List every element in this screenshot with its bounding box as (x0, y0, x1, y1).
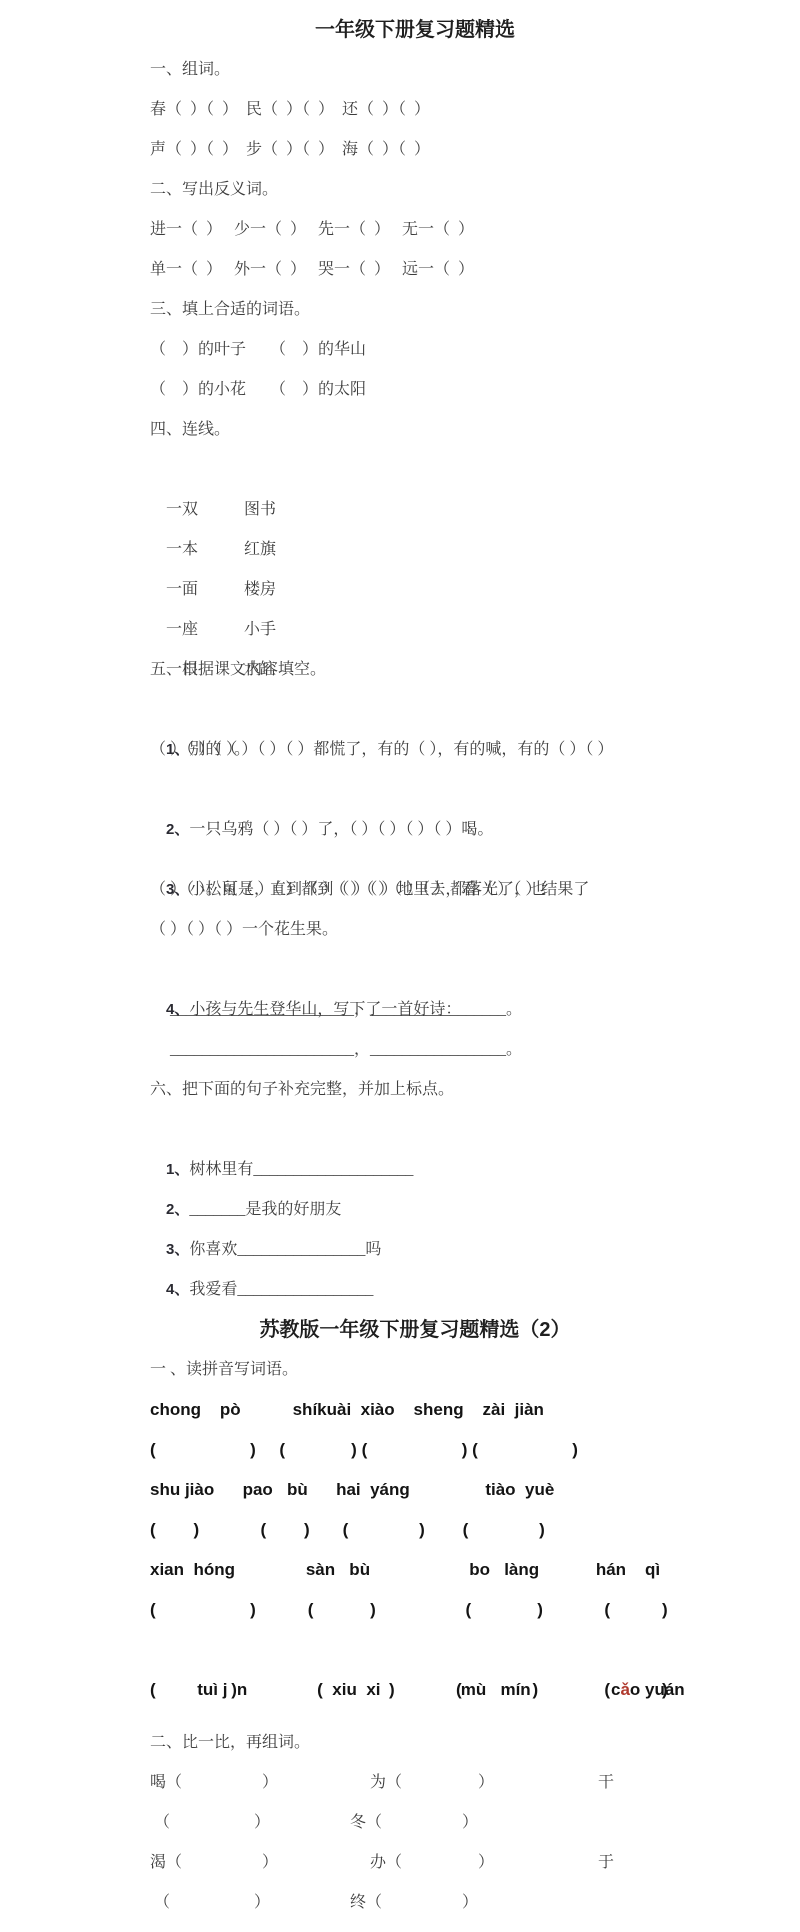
item-number: 2、 (166, 1201, 189, 1218)
section2-row2: 单一（ ） 外一（ ） 哭一（ ） 远一（ ） (150, 250, 800, 290)
pinyin-parens-row: ( ) ( ) ( ) ( ) (150, 1590, 800, 1630)
section1-heading: 一、组词。 (150, 50, 800, 90)
item-number: 2、 (166, 821, 189, 838)
compare-row: （ ） 冬（ ） (150, 1803, 800, 1843)
section2-row1: 进一（ ） 少一（ ） 先一（ ） 无一（ ） (150, 210, 800, 250)
section3-heading: 三、填上合适的词语。 (150, 290, 800, 330)
item-text: 树林里有____________________ (189, 1161, 413, 1178)
matching-left: 一面 (166, 570, 244, 610)
matching-right: 红旗 (244, 541, 276, 558)
pinyin-row: tuì j n xiu xi mù mín cǎo yuán (150, 1630, 800, 1670)
compare-row: 喝（ ） 为（ ） 干 (150, 1763, 800, 1803)
item-text: 我爱看_________________ (189, 1281, 373, 1298)
pinyin-parens-row: ( ) ( ) ( ) ( ) (150, 1510, 800, 1550)
poem-blank-line: _______________________，________________… (150, 1030, 800, 1070)
section3-row1: （ ）的叶子 （ ）的华山 (150, 330, 800, 370)
pinyin-row: xian hóng sàn bù bo làng hán qì (150, 1550, 800, 1590)
item-text: 别的（ ）（ ）（ ）都慌了，有的（ ），有的喊，有的（ ）（ ） (189, 741, 613, 758)
spacer (0, 1270, 800, 1310)
worksheet-document: 一年级下册复习题精选 一、组词。 春（ ）（ ） 民（ ）（ ） 还（ ）（ ）… (0, 0, 800, 1923)
matching-right: 图书 (244, 501, 276, 518)
item-text: _______是我的好朋友 (189, 1201, 341, 1218)
section6-heading: 六、把下面的句子补充完整，并加上标点。 (150, 1070, 800, 1110)
matching-right: 楼房 (244, 581, 276, 598)
section4-heading: 四、连线。 (150, 410, 800, 450)
pinyin-row: shu jiào pao bù hai yáng tiào yuè (150, 1470, 800, 1510)
section1-row1: 春（ ）（ ） 民（ ）（ ） 还（ ）（ ） (150, 90, 800, 130)
worksheet1-title: 一年级下册复习题精选 (0, 10, 800, 50)
matching-pair-row: 一双图书 (150, 450, 800, 490)
section5-item3-continued: （ ）（ ）。可是，直到（ ）（ ）（ ）（ ）（ ）都落光了，也 (150, 870, 800, 910)
section5-item1: 1、别的（ ）（ ）（ ）都慌了，有的（ ），有的喊，有的（ ）（ ） (150, 690, 800, 730)
pinyin-parens-row: ( ) ( ) ( ) ( ) (150, 1430, 800, 1470)
compare-row: （ ） 终（ ） (150, 1883, 800, 1923)
matching-left: 一座 (166, 610, 244, 650)
matching-left: 一本 (166, 530, 244, 570)
matching-left: 一双 (166, 490, 244, 530)
pinyin-parens-row: ( ) ( ) ( ) ( ) (150, 1670, 800, 1710)
section6-item1: 1、树林里有____________________ (150, 1110, 800, 1150)
section2-heading: 二、写出反义词。 (150, 170, 800, 210)
section3-row2: （ ）的小花 （ ）的太阳 (150, 370, 800, 410)
section5-item3-continued: （ ）（ ）（ ）一个花生果。 (150, 910, 800, 950)
item-number: 4、 (166, 1281, 189, 1298)
section5-heading: 五、根据课文内容填空。 (150, 650, 800, 690)
spacer (0, 1710, 800, 1723)
item-number: 3、 (166, 1241, 189, 1258)
item-text: 一只乌鸦（ ）（ ）了，（ ）（ ）（ ）（ ）喝。 (189, 821, 493, 838)
matching-right: 小手 (244, 621, 276, 638)
worksheet2-title: 苏教版一年级下册复习题精选（2） (0, 1310, 800, 1350)
section1-row2: 声（ ）（ ） 步（ ）（ ） 海（ ）（ ） (150, 130, 800, 170)
poem-blank-line: _______________________，________________… (150, 990, 800, 1030)
section5-item4: 4、小孩与先生登华山，写下了一首好诗： (150, 950, 800, 990)
item-number: 1、 (166, 1161, 189, 1178)
pinyin-row: chong pò shíkuài xiào sheng zài jiàn (150, 1390, 800, 1430)
section5-item2: 2、一只乌鸦（ ）（ ）了，（ ）（ ）（ ）（ ）喝。 (150, 770, 800, 810)
item-text: 你喜欢________________吗 (189, 1241, 381, 1258)
compare-row: 渴（ ） 办（ ） 于 (150, 1843, 800, 1883)
ws2-section2-heading: 二、比一比，再组词。 (150, 1723, 800, 1763)
ws2-section1-heading: 一 、读拼音写词语。 (150, 1350, 800, 1390)
